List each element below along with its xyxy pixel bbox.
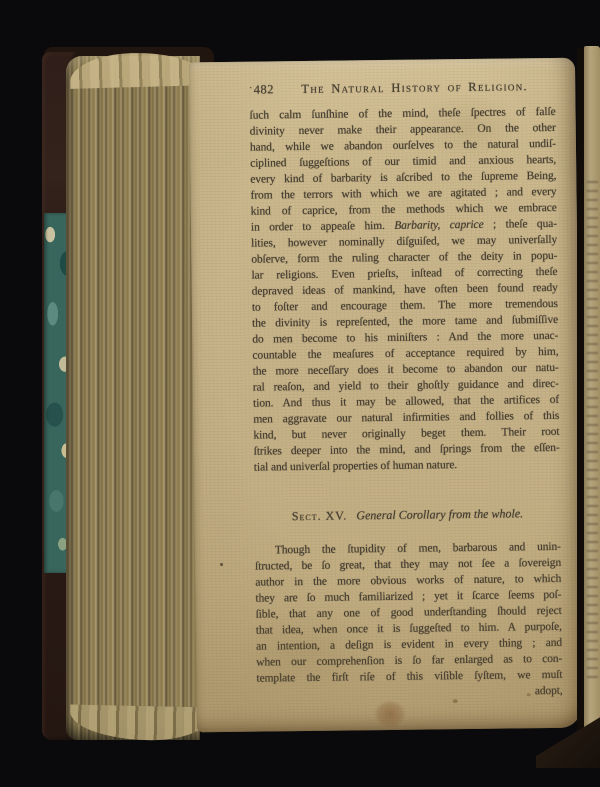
page-speck — [453, 699, 458, 703]
paragraph-2: Though the ſtupidity of men, barbarous a… — [255, 539, 563, 703]
page-stain — [369, 696, 411, 733]
book-photograph: ·482 The Natural History of Religion. ſu… — [0, 0, 600, 787]
running-title: The Natural History of Religion. — [274, 79, 555, 97]
facing-page-sliver — [584, 46, 600, 738]
page-speck — [527, 693, 531, 696]
book-page: ·482 The Natural History of Religion. ſu… — [189, 58, 583, 733]
stray-ink-mark: · — [249, 83, 253, 93]
page-edge-stack — [66, 56, 200, 740]
text-line: tial and univerſal properties of human n… — [254, 456, 560, 476]
page-speck — [220, 563, 223, 566]
italic-phrase: Barbarity, caprice — [394, 219, 483, 232]
page-number: ·482 — [249, 82, 274, 97]
section-label: Sect. XV. — [292, 508, 348, 523]
running-header: ·482 The Natural History of Religion. — [249, 79, 555, 98]
paragraph-1: ſuch calm ſunſhine of the mind, theſe ſp… — [249, 104, 559, 476]
section-title: General Corollary from the whole. — [356, 506, 523, 522]
section-heading: Sect. XV.General Corollary from the whol… — [254, 506, 560, 525]
